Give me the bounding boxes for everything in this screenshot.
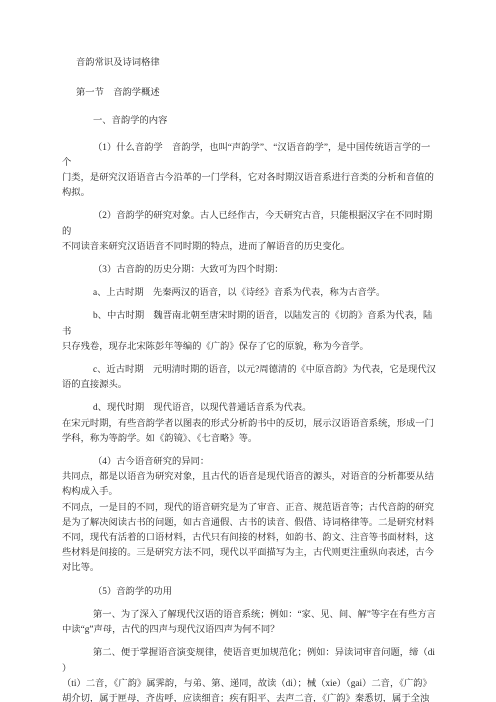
- para-1-what-is-phonology: （1）什么音韵学 音韵学，也叫“声韵学”、“汉语音韵学”，是中国传统语言学的一个…: [62, 141, 436, 202]
- para-3c-near-ancient-period: c、近古时期 元明清时期的语音，以元?周德清的《中原音韵》为代表，它是现代汉 语…: [62, 363, 436, 393]
- para-2-research-object: （2）音韵学的研究对象。古人已经作古，今天研究古音，只能根据汉字在不同时期的 不…: [62, 209, 436, 255]
- para-5-function-first: 第一、为了深入了解现代汉语的语音系统；例如：“家、见、间、解”等字在有些方言 中…: [62, 608, 436, 638]
- para-3-historical-periods: （3）古音韵的历史分期：大致可为四个时期：: [62, 263, 436, 278]
- para-3b-middle-period: b、中古时期 魏晋南北朝至唐宋时期的语音，以陆发言的《切韵》音系为代表，陆书 只…: [62, 309, 436, 355]
- para-5-function-second: 第二、便于掌握语音演变规律，使语音更加规范化；例如：异读词审音问题，缔（di ）…: [62, 646, 436, 702]
- para-3a-ancient-period: a、上古时期 先秦两汉的语音，以《诗经》音系为代表，称为古音学。: [62, 286, 436, 301]
- para-3d-modern-period: d、现代时期 现代语音，以现代普通话音系为代表。 在宋元时期，有些音韵学者以图表…: [62, 401, 436, 447]
- subsection-heading: 一、音韵学的内容: [62, 114, 436, 129]
- doc-title: 音韵常识及诗词格律: [62, 56, 436, 71]
- para-4-similarities-differences: （4）古今语音研究的异同： 共同点，都是以语音为研究对象，且古代的语音是现代语音…: [62, 455, 436, 577]
- document-page: 音韵常识及诗词格律第一节 音韵学概述一、音韵学的内容（1）什么音韵学 音韵学，也…: [0, 0, 496, 702]
- section-heading: 第一节 音韵学概述: [62, 86, 436, 101]
- para-5-functions-heading: （5）音韵学的功用: [62, 585, 436, 600]
